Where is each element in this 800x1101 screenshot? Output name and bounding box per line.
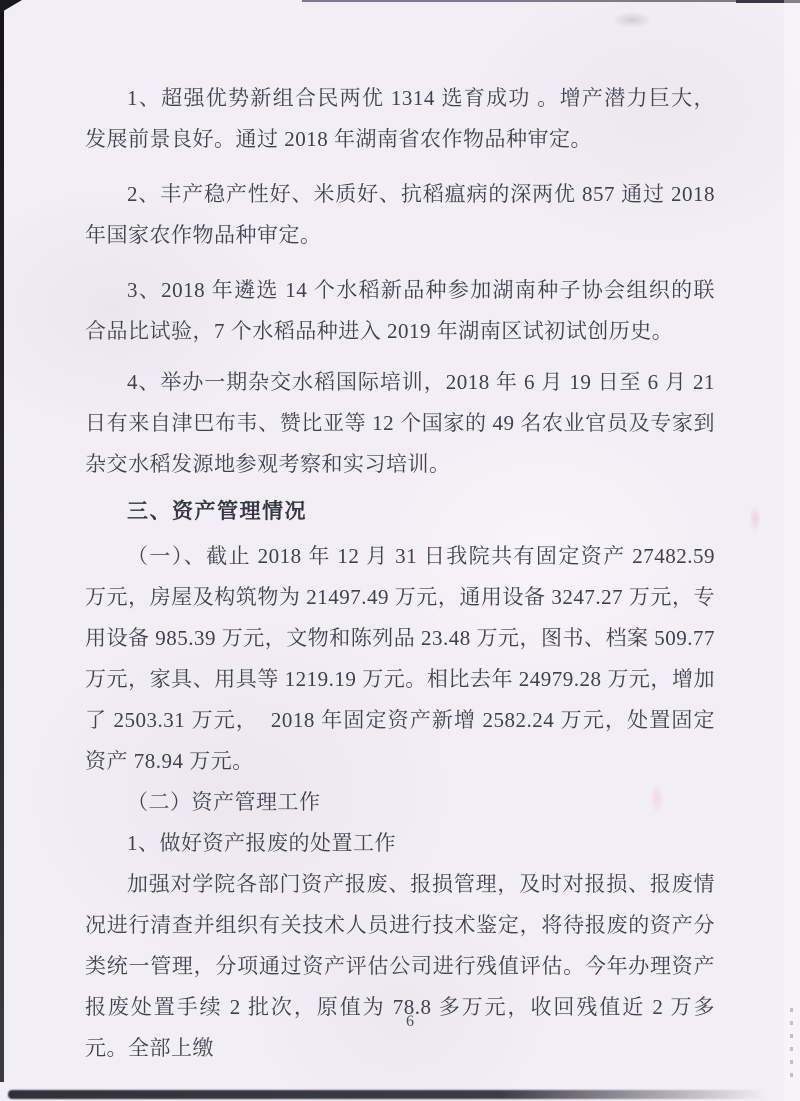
paragraph-rice-variety-2: 2、丰产稳产性好、米质好、抗稻瘟病的深两优 857 通过 2018 年国家农作物… bbox=[85, 174, 715, 256]
paragraph-asset-disposal-detail: 加强对学院各部门资产报废、报损管理，及时对报损、报废情况进行清查并组织有关技术人… bbox=[85, 864, 715, 1069]
paragraph-fixed-assets-summary: （一）、截止 2018 年 12 月 31 日我院共有固定资产 27482.59… bbox=[85, 536, 715, 782]
scan-edge-left bbox=[0, 0, 4, 1082]
scan-edge-top bbox=[302, 0, 800, 2]
paragraph-rice-variety-3: 3、2018 年遴选 14 个水稻新品种参加湖南种子协会组织的联合品比试验，7 … bbox=[85, 270, 715, 352]
scan-right-light-strip bbox=[784, 0, 800, 1101]
subheading-asset-management-work: （二）资产管理工作 bbox=[85, 782, 715, 823]
scan-smudge-top bbox=[612, 12, 652, 28]
scan-smudge-middle bbox=[749, 505, 761, 533]
page-number: 6 bbox=[10, 1012, 800, 1032]
scan-corner-top-left bbox=[0, 0, 22, 13]
paragraph-rice-training-4: 4、举办一期杂交水稻国际培训，2018 年 6 月 19 日至 6 月 21 日… bbox=[85, 362, 715, 485]
scanned-document-page: 1、超强优势新组合民两优 1314 选育成功 。增产潜力巨大，发展前景良好。通过… bbox=[0, 0, 800, 1101]
section-heading-asset-management: 三、资产管理情况 bbox=[85, 491, 715, 532]
paragraph-rice-variety-1: 1、超强优势新组合民两优 1314 选育成功 。增产潜力巨大，发展前景良好。通过… bbox=[85, 78, 715, 160]
scan-perforation-marks bbox=[790, 1008, 793, 1086]
subheading-asset-disposal: 1、做好资产报废的处置工作 bbox=[85, 823, 715, 864]
document-body: 1、超强优势新组合民两优 1314 选育成功 。增产潜力巨大，发展前景良好。通过… bbox=[85, 78, 715, 1069]
scan-edge-bottom bbox=[8, 1090, 766, 1099]
